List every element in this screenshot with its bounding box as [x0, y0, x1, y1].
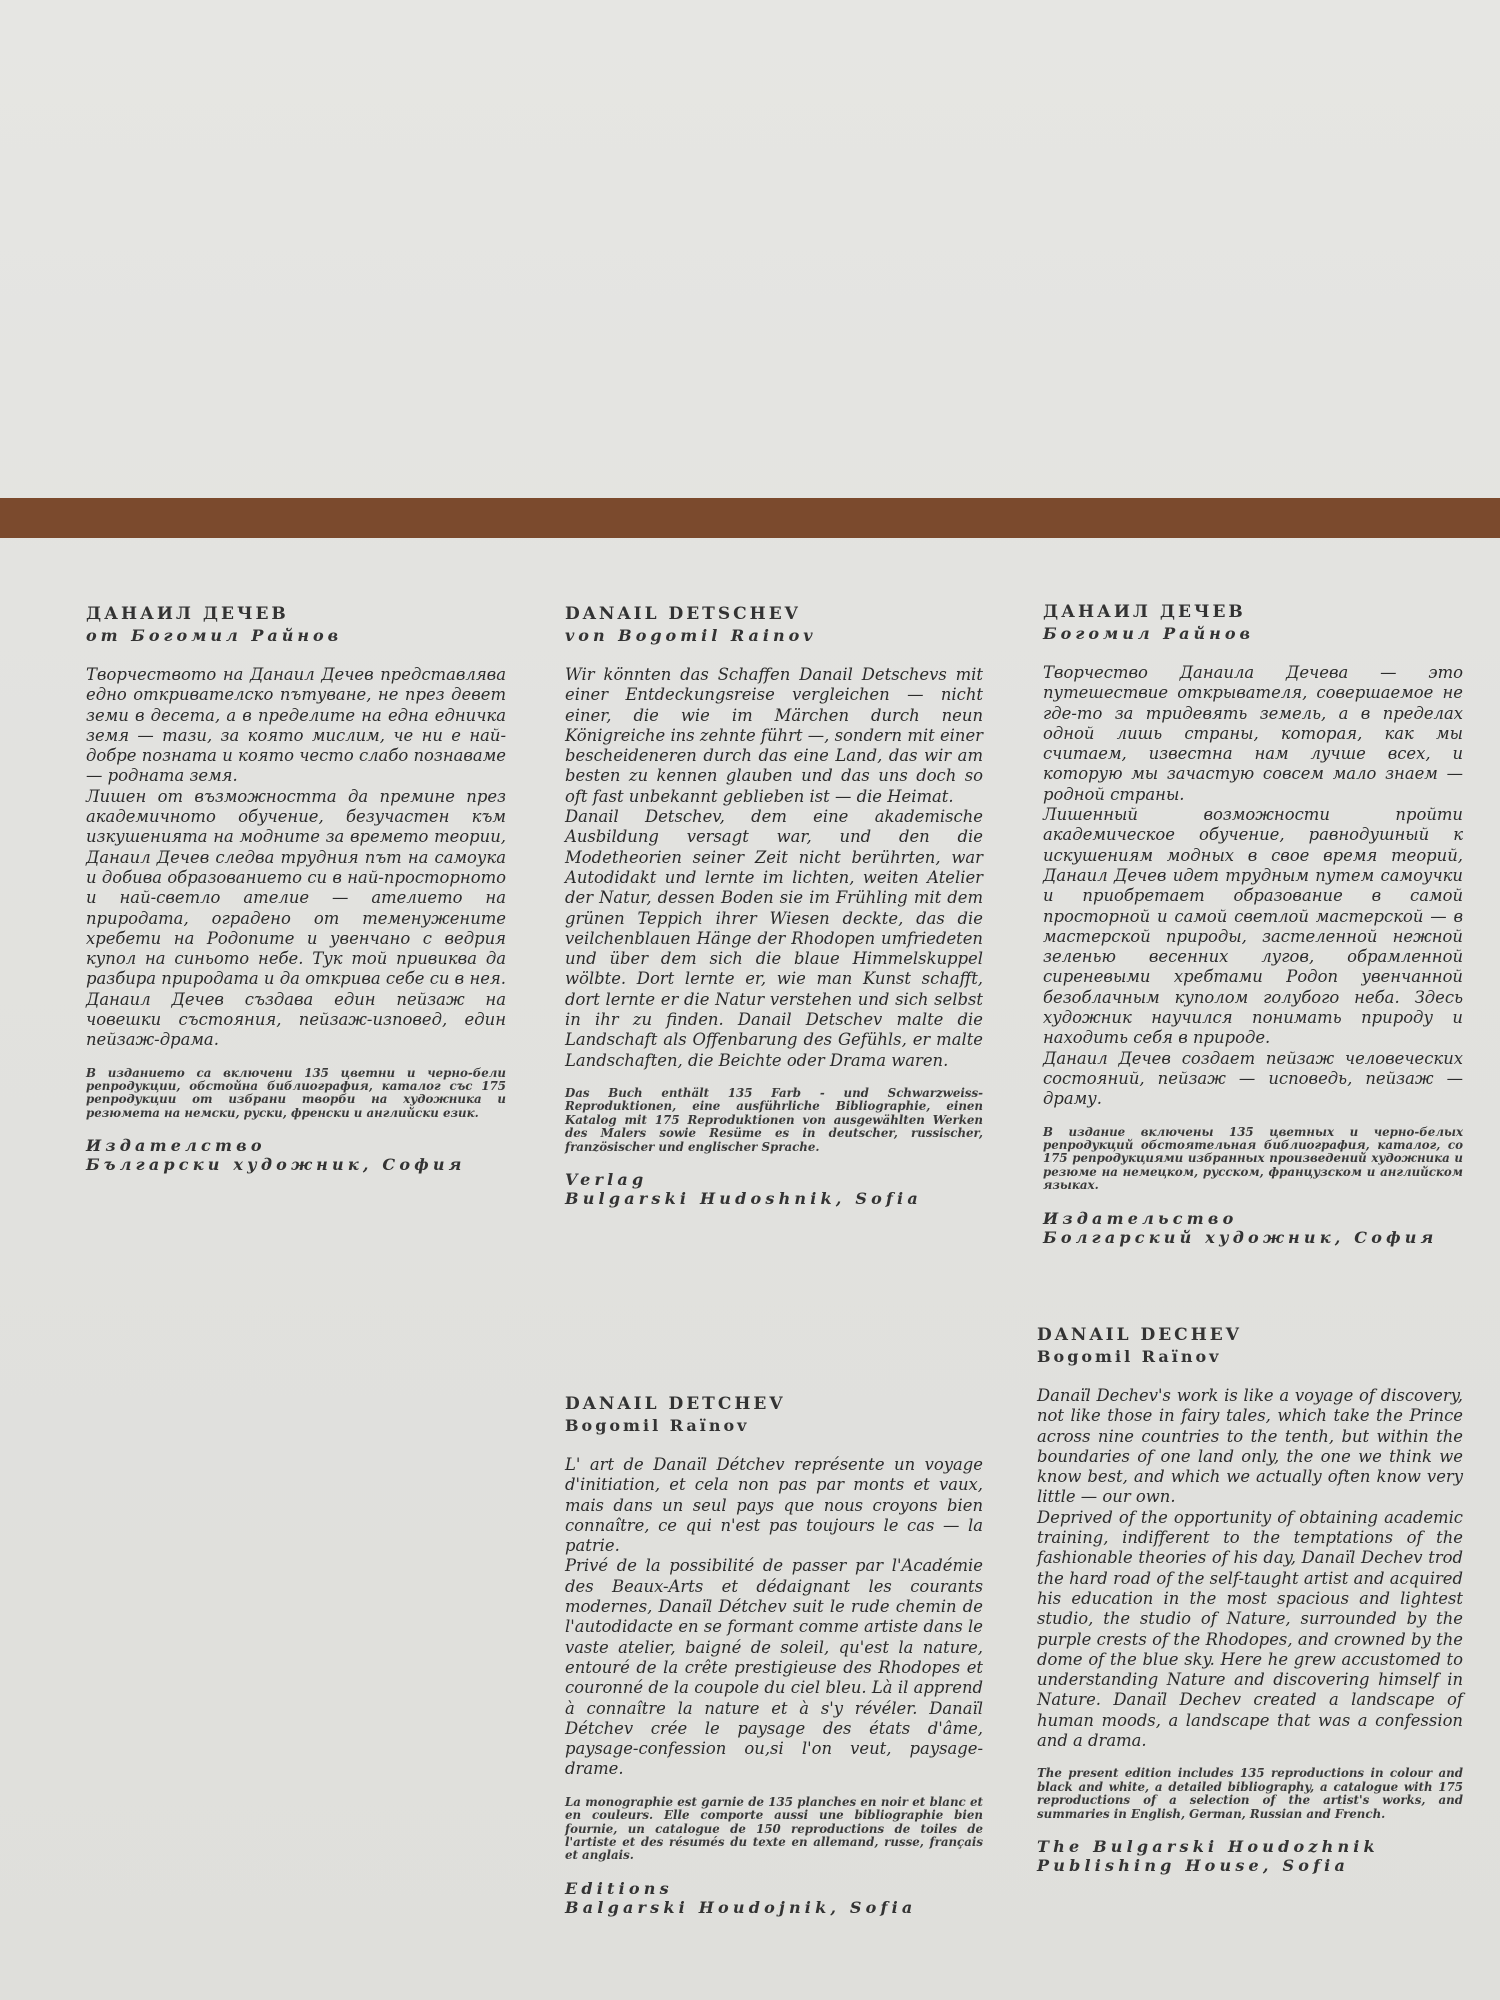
paragraph: Лишен от възможността да премине през ак… — [86, 787, 506, 1051]
paragraph: Данаил Дечев создает пейзаж человеческих… — [1043, 1049, 1463, 1110]
publisher-name: Български художник, София — [86, 1155, 506, 1174]
publisher: The Bulgarski Houdozhnik Publishing Hous… — [1037, 1837, 1463, 1875]
publisher-name: Болгарский художник, София — [1043, 1228, 1463, 1247]
publisher: Издательство Болгарский художник, София — [1043, 1209, 1463, 1247]
brown-divider-stripe — [0, 498, 1500, 538]
publisher: Verlag Bulgarski Hudoshnik, Sofia — [565, 1170, 983, 1208]
author-line: von Bogomil Rainov — [565, 625, 983, 647]
edition-note: В издание включены 135 цветных и черно-б… — [1043, 1126, 1463, 1193]
bulgarian-summary: ДАНАИЛ ДЕЧЕВ от Богомил Райнов Творчеств… — [86, 603, 506, 1174]
paragraph: Danaïl Dechev's work is like a voyage of… — [1037, 1386, 1463, 1508]
publisher-label: Издателство — [86, 1136, 506, 1155]
book-title: DANAIL DETCHEV — [565, 1393, 983, 1415]
paragraph: Творчеството на Данаил Дечев представляв… — [86, 665, 506, 787]
book-title: ДАНАИЛ ДЕЧЕВ — [1043, 601, 1463, 623]
book-title: DANAIL DETSCHEV — [565, 603, 983, 625]
book-title: ДАНАИЛ ДЕЧЕВ — [86, 603, 506, 625]
paragraph: Лишенный возможности пройти академическо… — [1043, 805, 1463, 1049]
french-summary: DANAIL DETCHEV Bogomil Raïnov L' art de … — [565, 1393, 983, 1917]
publisher-label: The Bulgarski Houdozhnik — [1037, 1837, 1463, 1856]
publisher-label: Издательство — [1043, 1209, 1463, 1228]
paragraph: Творчество Данаила Дечева — это путешест… — [1043, 663, 1463, 805]
publisher: Editions Balgarski Houdojnik, Sofia — [565, 1879, 983, 1917]
book-title: DANAIL DECHEV — [1037, 1324, 1463, 1346]
edition-note: La monographie est garnie de 135 planche… — [565, 1796, 983, 1863]
author-line: Bogomil Raïnov — [565, 1415, 983, 1437]
author-line: Богомил Райнов — [1043, 623, 1463, 645]
publisher-name: Balgarski Houdojnik, Sofia — [565, 1898, 983, 1917]
summary-text: Творчество Данаила Дечева — это путешест… — [1043, 663, 1463, 1110]
russian-summary: ДАНАИЛ ДЕЧЕВ Богомил Райнов Творчество Д… — [1043, 601, 1463, 1247]
paragraph: L' art de Danaïl Détchev représente un v… — [565, 1455, 983, 1556]
author-line: Bogomil Raïnov — [1037, 1346, 1463, 1368]
english-summary: DANAIL DECHEV Bogomil Raïnov Danaïl Dech… — [1037, 1324, 1463, 1875]
paragraph: Deprived of the opportunity of obtaining… — [1037, 1508, 1463, 1752]
summary-text: Творчеството на Данаил Дечев представляв… — [86, 665, 506, 1051]
publisher: Издателство Български художник, София — [86, 1136, 506, 1174]
edition-note: Das Buch enthält 135 Farb - und Schwarzw… — [565, 1087, 983, 1154]
publisher-name: Bulgarski Hudoshnik, Sofia — [565, 1189, 983, 1208]
summary-text: L' art de Danaïl Détchev représente un v… — [565, 1455, 983, 1780]
publisher-label: Editions — [565, 1879, 983, 1898]
publisher-label: Verlag — [565, 1170, 983, 1189]
author-line: от Богомил Райнов — [86, 625, 506, 647]
paragraph: Wir könnten das Schaffen Danail Detschev… — [565, 665, 983, 807]
paragraph: Privé de la possibilité de passer par l'… — [565, 1556, 983, 1779]
german-summary: DANAIL DETSCHEV von Bogomil Rainov Wir k… — [565, 603, 983, 1208]
summary-text: Danaïl Dechev's work is like a voyage of… — [1037, 1386, 1463, 1751]
edition-note: В изданието са включени 135 цветни и чер… — [86, 1067, 506, 1121]
summary-text: Wir könnten das Schaffen Danail Detschev… — [565, 665, 983, 1071]
publisher-name: Publishing House, Sofia — [1037, 1856, 1463, 1875]
edition-note: The present edition includes 135 reprodu… — [1037, 1767, 1463, 1821]
paragraph: Danail Detschev, dem eine akademische Au… — [565, 807, 983, 1071]
